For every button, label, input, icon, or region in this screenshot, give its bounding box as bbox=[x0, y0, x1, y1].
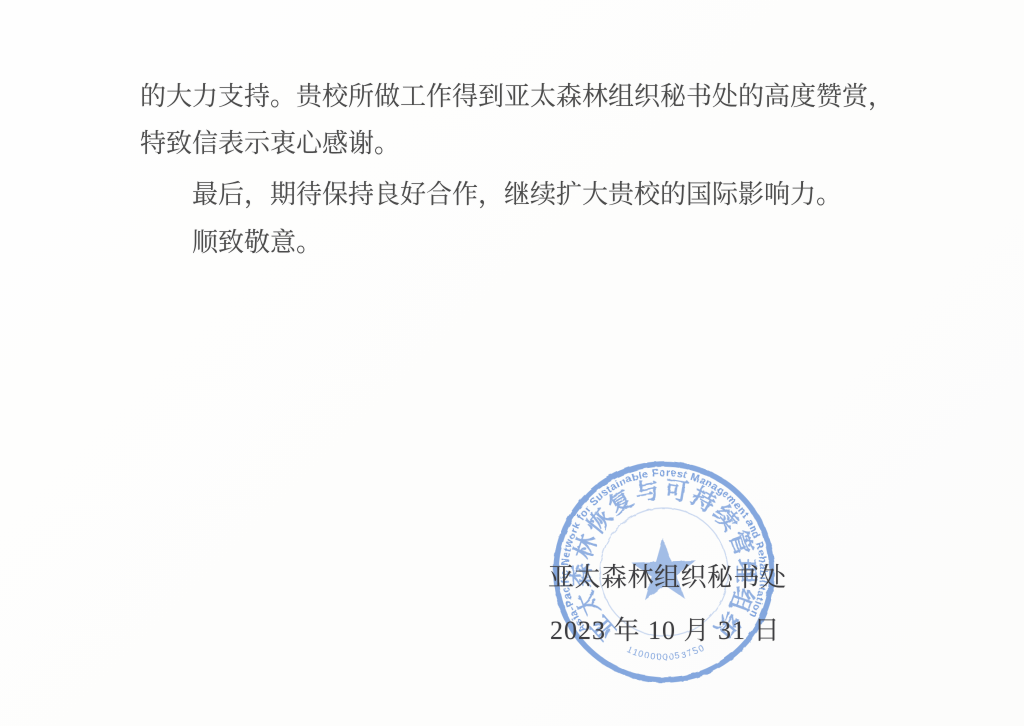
letter-body-line-4: 顺致敬意。 bbox=[192, 222, 322, 259]
letter-body-line-2: 特致信表示衷心感谢。 bbox=[140, 123, 400, 160]
signature-organization: 亚太森林组织秘书处 bbox=[548, 557, 787, 594]
letter-body-line-3: 最后，期待保持良好合作，继续扩大贵校的国际影响力。 bbox=[192, 174, 842, 211]
signature-date: 2023 年 10 月 31 日 bbox=[550, 610, 781, 647]
letter-body-line-1: 的大力支持。贵校所做工作得到亚太森林组织秘书处的高度赞赏， bbox=[140, 76, 894, 113]
scanned-letter-page: 的大力支持。贵校所做工作得到亚太森林组织秘书处的高度赞赏， 特致信表示衷心感谢。… bbox=[0, 0, 1024, 726]
